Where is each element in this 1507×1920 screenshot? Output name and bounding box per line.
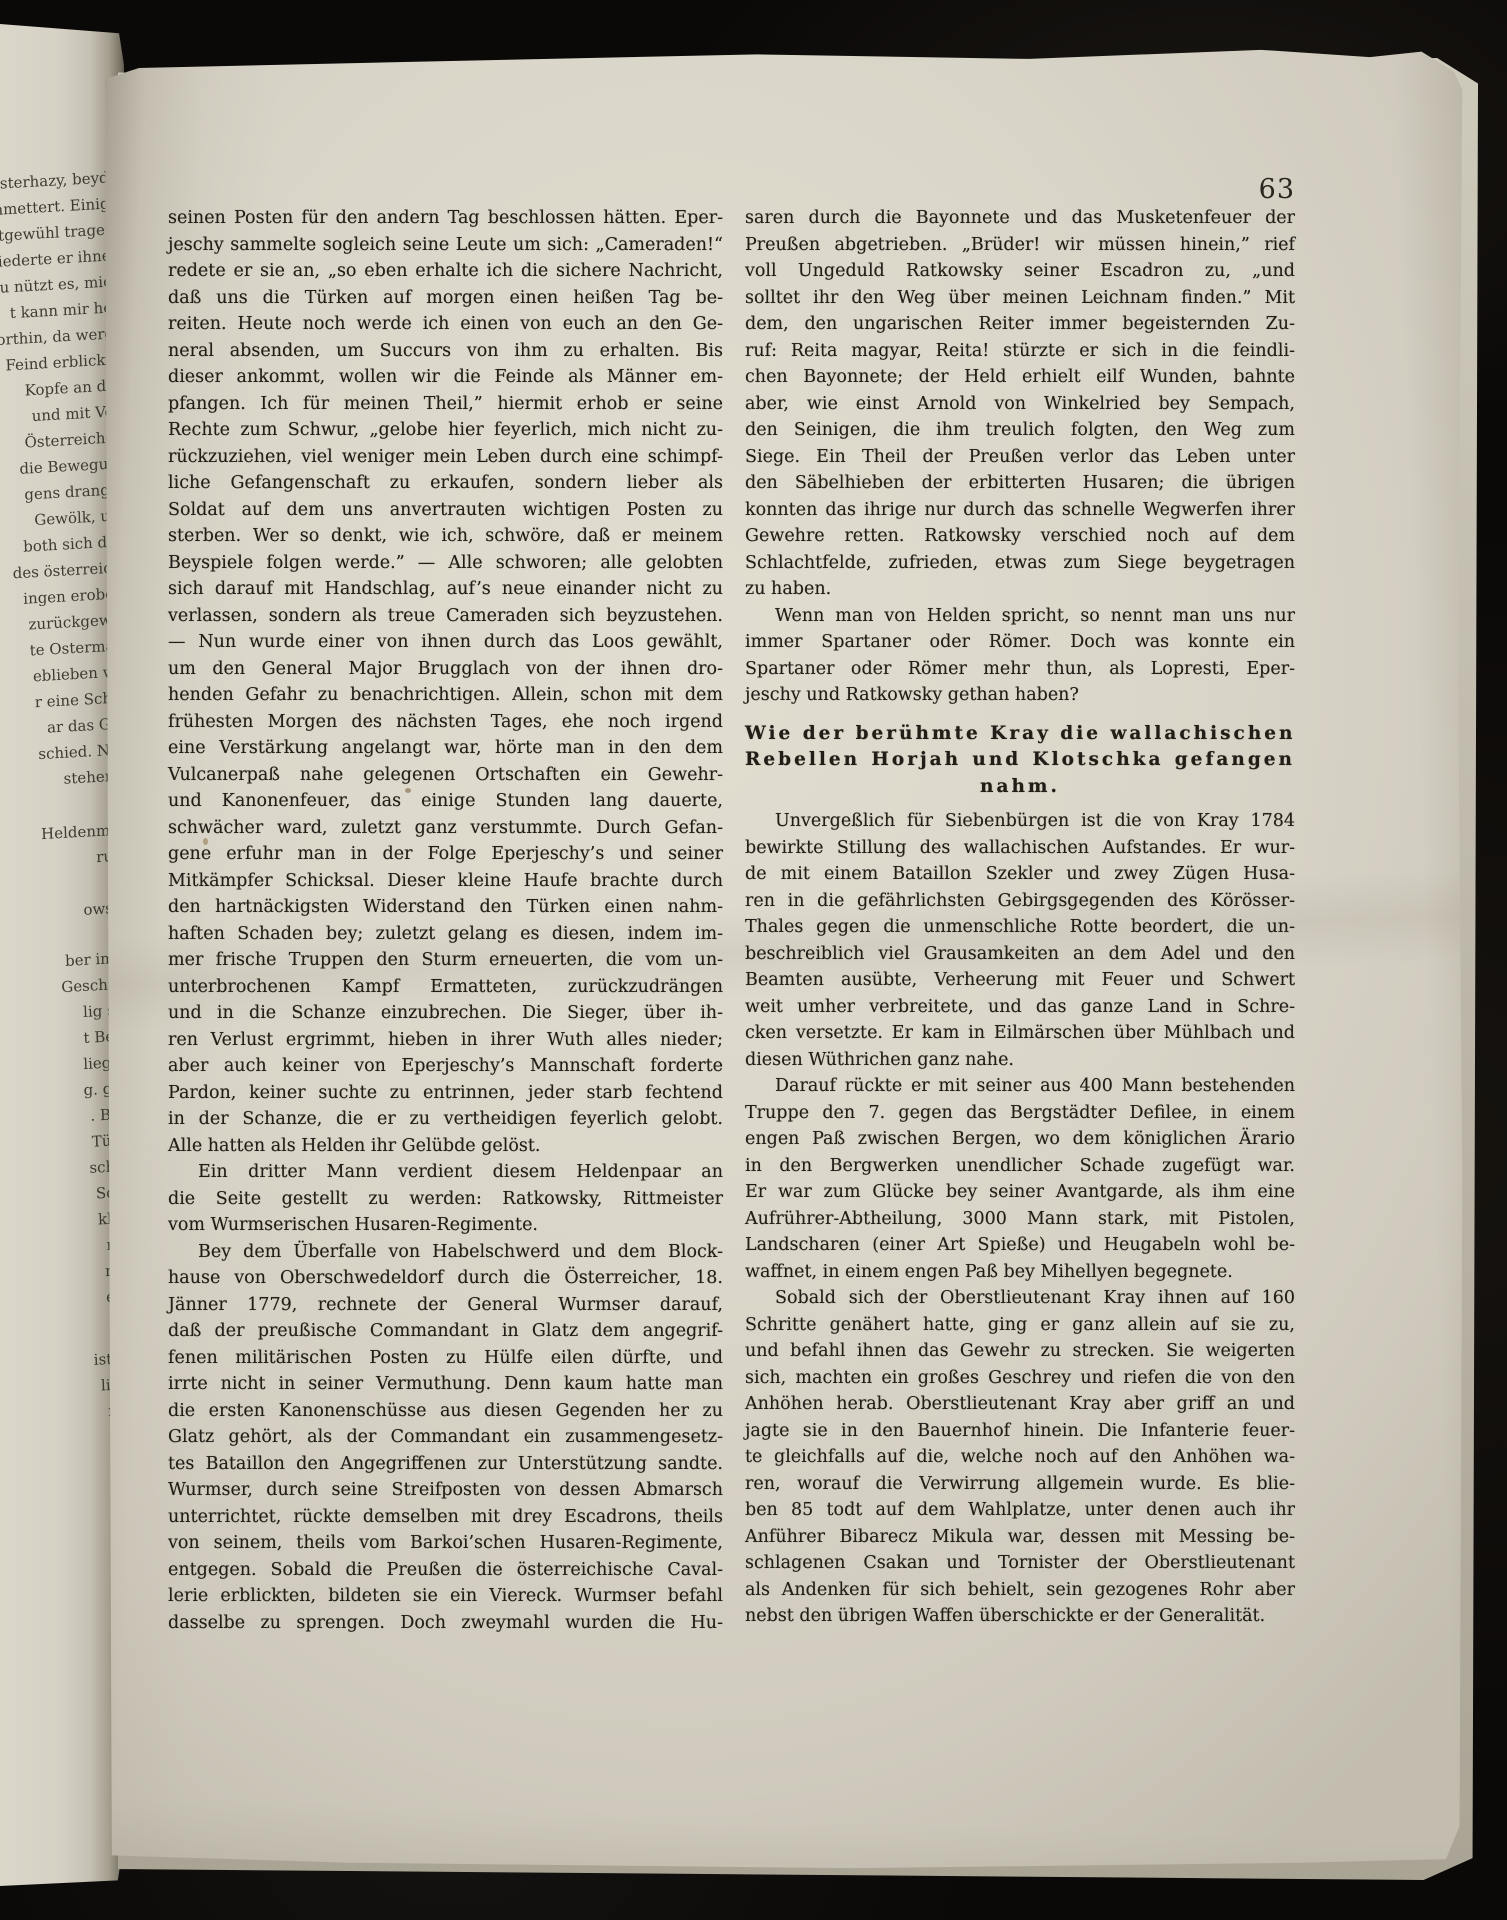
text-line: cken versetzte. Er kam in Eilmärschen üb…: [745, 1020, 1295, 1047]
text-line: Thales gegen die unmenschliche Rotte beo…: [745, 914, 1295, 941]
text-line: waffnet, in einem engen Paß bey Mihellye…: [745, 1259, 1295, 1286]
text-line: Jänner 1779, rechnete der General Wurmse…: [168, 1292, 723, 1319]
text-line: mer frische Truppen den Sturm erneuerten…: [168, 947, 723, 974]
page-number: 63: [745, 174, 1295, 205]
text-line: ren Verlust ergrimmt, hieben in ihrer Wu…: [168, 1027, 723, 1054]
text-line: de mit einem Bataillon Szekler und zwey …: [745, 861, 1295, 888]
text-line: den hartnäckigsten Widerstand den Türken…: [168, 894, 723, 921]
text-line: jagte sie in den Bauernhof hinein. Die I…: [745, 1418, 1295, 1445]
text-line: Pardon, keiner suchte zu entrinnen, jede…: [168, 1080, 723, 1107]
text-line: rückzuziehen, viel weniger mein Leben du…: [168, 444, 723, 471]
text-line: seinen Posten für den andern Tag beschlo…: [168, 205, 723, 232]
text-line: Darauf rückte er mit seiner aus 400 Mann…: [745, 1073, 1295, 1100]
text-line: solltet ihr den Weg über meinen Leichnam…: [745, 285, 1295, 312]
text-line: irrte nicht in seiner Vermuthung. Denn k…: [168, 1371, 723, 1398]
text-line: te gleichfalls auf die, welche noch auf …: [745, 1444, 1295, 1471]
paper-speck: [405, 788, 411, 793]
text-line: Rechte zum Schwur, „gelobe hier feyerlic…: [168, 417, 723, 444]
text-line: immer Spartaner oder Römer. Doch was kon…: [745, 629, 1295, 656]
book-scan-photo: t Esterhazy, beydehmettert. Einigetgewüh…: [0, 0, 1507, 1920]
text-line: beschreiblich viel Grausamkeiten an dem …: [745, 941, 1295, 968]
text-line: und Kanonenfeuer, das einige Stunden lan…: [168, 788, 723, 815]
text-line: Soldat auf dem uns anvertrauten wichtige…: [168, 497, 723, 524]
fragment-line: owsky’s: [0, 894, 124, 931]
text-line: um den General Major Brugglach von der i…: [168, 656, 723, 683]
text-line: chen Bayonnete; der Held erhielt eilf Wu…: [745, 364, 1295, 391]
text-line: nebst den übrigen Waffen überschickte er…: [745, 1603, 1295, 1630]
text-line: dieser ankommt, wollen wir die Feinde al…: [168, 364, 723, 391]
text-line: diesen Wüthrichen ganz nahe.: [745, 1047, 1295, 1074]
text-line: weit umher verbreitete, und das ganze La…: [745, 994, 1295, 1021]
text-line: in der Schanze, die er zu vertheidigen f…: [168, 1106, 723, 1133]
text-line: ren in die gefährlichsten Gebirgsgegende…: [745, 888, 1295, 915]
text-line: daß uns die Türken auf morgen einen heiß…: [168, 285, 723, 312]
text-line: die Seite gestellt zu werden: Ratkowsky,…: [168, 1186, 723, 1213]
text-line: schlagenen Csakan und Tornister der Ober…: [745, 1550, 1295, 1577]
facing-page-text-fragments: t Esterhazy, beydehmettert. Einigetgewüh…: [0, 164, 124, 1588]
text-line: neral absenden, um Succurs von ihm zu er…: [168, 338, 723, 365]
text-line: Schritte genähert hatte, ging er ganz al…: [745, 1312, 1295, 1339]
text-line: jeschy und Ratkowsky gethan haben?: [745, 682, 1295, 709]
text-line: Alle hatten als Helden ihr Gelübde gelös…: [168, 1133, 723, 1160]
text-line: Anführer Bibarecz Mikula war, dessen mit…: [745, 1524, 1295, 1551]
text-line: schwächer ward, zuletzt ganz verstummte.…: [168, 815, 723, 842]
text-line: tes Bataillon den Angegriffenen zur Unte…: [168, 1451, 723, 1478]
text-line: frühesten Morgen des nächsten Tages, ehe…: [168, 709, 723, 736]
text-line: und befahl ihnen das Gewehr zu strecken.…: [745, 1338, 1295, 1365]
text-line: Schlachtfelde, zufrieden, etwas zum Sieg…: [745, 550, 1295, 577]
text-line: die ersten Kanonenschüsse aus diesen Geg…: [168, 1398, 723, 1425]
text-line: lerie erblickten, bildeten sie ein Viere…: [168, 1583, 723, 1610]
text-line: in den Bergwerken unendlicher Schade zug…: [745, 1153, 1295, 1180]
book-page: 63 seinen Posten für den andern Tag besc…: [105, 48, 1465, 1870]
text-line: Anhöhen herab. Oberstlieutenant Kray abe…: [745, 1391, 1295, 1418]
text-line: bewirkte Stillung des wallachischen Aufs…: [745, 835, 1295, 862]
text-line: saren durch die Bayonnete und das Musket…: [745, 205, 1295, 232]
text-line: Vulcanerpaß nahe gelegenen Ortschaften e…: [168, 762, 723, 789]
text-line: unterrichtet, rückte demselben mit drey …: [168, 1504, 723, 1531]
text-line: entgegen. Sobald die Preußen die österre…: [168, 1557, 723, 1584]
text-line: von seinem, theils vom Barkoi’schen Husa…: [168, 1530, 723, 1557]
text-line: Glatz gehört, als der Commandant ein zus…: [168, 1424, 723, 1451]
text-line: Beyspiele folgen werde.” — Alle schworen…: [168, 550, 723, 577]
text-line: unterbrochenen Kampf Ermatteten, zurückz…: [168, 974, 723, 1001]
text-line: Unvergeßlich für Siebenbürgen ist die vo…: [745, 808, 1295, 835]
text-line: gene erfuhr man in der Folge Eperjeschy’…: [168, 841, 723, 868]
text-line: Landscharen (einer Art Spieße) und Heuga…: [745, 1232, 1295, 1259]
text-line: redete er sie an, „so eben erhalte ich d…: [168, 258, 723, 285]
paper-speck: [203, 838, 208, 845]
text-line: Aufrührer-Abtheilung, 3000 Mann stark, m…: [745, 1206, 1295, 1233]
text-line: Mitkämpfer Schicksal. Dieser kleine Hauf…: [168, 868, 723, 895]
text-line: ruf: Reita magyar, Reita! stürzte er sic…: [745, 338, 1295, 365]
text-line: henden Gefahr zu benachrichtigen. Allein…: [168, 682, 723, 709]
text-line: engen Paß zwischen Bergen, wo dem königl…: [745, 1126, 1295, 1153]
text-line: Bey dem Überfalle von Habelschwerd und d…: [168, 1239, 723, 1266]
text-line: haften Schaden bey; zuletzt gelang es di…: [168, 921, 723, 948]
facing-page-edge: t Esterhazy, beydehmettert. Einigetgewüh…: [0, 24, 124, 1886]
text-line: Siege. Ein Theil der Preußen verlor das …: [745, 444, 1295, 471]
text-line: reiten. Heute noch werde ich einen von e…: [168, 311, 723, 338]
text-line: sterben. Wer so denkt, wie ich, schwöre,…: [168, 523, 723, 550]
text-line: hause von Oberschwedeldorf durch die Öst…: [168, 1265, 723, 1292]
paper-speck: [670, 319, 674, 323]
text-line: den Seinigen, die ihm treulich folgten, …: [745, 417, 1295, 444]
text-line: vom Wurmserischen Husaren-Regimente.: [168, 1212, 723, 1239]
text-line: und in die Schanze einzubrechen. Die Sie…: [168, 1000, 723, 1027]
text-line: Wie der berühmte Kray die wallachischen: [745, 721, 1295, 748]
text-line: aber auch keiner von Eperjeschy’s Mannsc…: [168, 1053, 723, 1080]
text-line: sich, machten ein großes Geschrey und ri…: [745, 1365, 1295, 1392]
text-line: zu haben.: [745, 576, 1295, 603]
text-line: ren, worauf die Verwirrung allgemein wur…: [745, 1471, 1295, 1498]
text-line: aber, wie einst Arnold von Winkelried be…: [745, 391, 1295, 418]
text-line: als Andenken für sich behielt, sein gezo…: [745, 1577, 1295, 1604]
text-line: Gewehre retten. Ratkowsky verschied noch…: [745, 523, 1295, 550]
text-line: Wurmser, durch seine Streifposten von de…: [168, 1477, 723, 1504]
text-line: liche Gefangenschaft zu erkaufen, sonder…: [168, 470, 723, 497]
text-line: Er war zum Glücke bey seiner Avantgarde,…: [745, 1179, 1295, 1206]
text-line: sich darauf mit Handschlag, auf’s neue e…: [168, 576, 723, 603]
text-line: voll Ungeduld Ratkowsky seiner Escadron …: [745, 258, 1295, 285]
text-line: nahm.: [745, 774, 1295, 801]
text-line: — Nun wurde einer von ihnen durch das Lo…: [168, 629, 723, 656]
text-line: daß der preußische Commandant in Glatz d…: [168, 1318, 723, 1345]
text-line: Preußen abgetrieben. „Brüder! wir müssen…: [745, 232, 1295, 259]
text-column-left: seinen Posten für den andern Tag beschlo…: [168, 205, 723, 1636]
text-column-right: saren durch die Bayonnete und das Musket…: [745, 205, 1295, 1630]
text-line: den Säbelhieben der erbitterten Husaren;…: [745, 470, 1295, 497]
text-line: ben 85 todt auf dem Wahlplatze, unter de…: [745, 1497, 1295, 1524]
text-line: Wenn man von Helden spricht, so nennt ma…: [745, 603, 1295, 630]
text-line: Beamten ausübte, Verheerung mit Feuer un…: [745, 967, 1295, 994]
text-line: Ein dritter Mann verdient diesem Heldenp…: [168, 1159, 723, 1186]
text-line: dem, den ungarischen Reiter immer begeis…: [745, 311, 1295, 338]
text-line: dasselbe zu sprengen. Doch zweymahl wurd…: [168, 1610, 723, 1637]
text-line: verlassen, sondern als treue Cameraden s…: [168, 603, 723, 630]
text-line: Spartaner oder Römer mehr thun, als Lopr…: [745, 656, 1295, 683]
text-line: jeschy sammelte sogleich seine Leute um …: [168, 232, 723, 259]
text-line: konnten das ihrige nur durch das schnell…: [745, 497, 1295, 524]
text-line: Sobald sich der Oberstlieutenant Kray ih…: [745, 1285, 1295, 1312]
text-line: fenen militärischen Posten zu Hülfe eile…: [168, 1345, 723, 1372]
text-line: eine Verstärkung angelangt war, hörte ma…: [168, 735, 723, 762]
text-line: Rebellen Horjah und Klotschka gefangen: [745, 747, 1295, 774]
text-line: Truppe den 7. gegen das Bergstädter Defi…: [745, 1100, 1295, 1127]
text-line: pfangen. Ich für meinen Theil,” hiermit …: [168, 391, 723, 418]
